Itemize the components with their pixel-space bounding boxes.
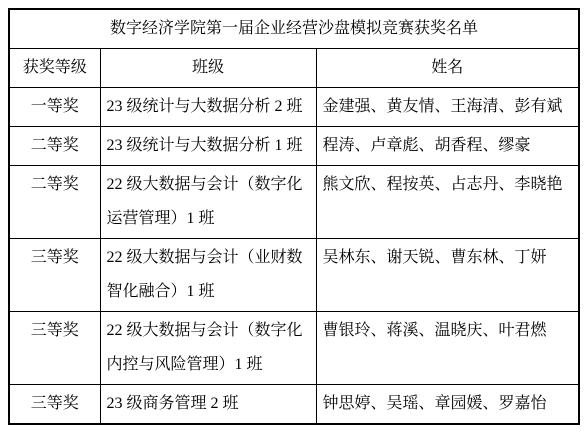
names-cell: 钟思婷、吴瑶、章园媛、罗嘉怡 [316,385,579,425]
names-cell: 程涛、卢章彪、胡香程、缪豪 [316,127,579,166]
awards-table: 数字经济学院第一届企业经营沙盘模拟竞赛获奖名单 获奖等级 班级 姓名 一等奖23… [8,8,580,425]
class-cell: 23 级统计与大数据分析 2 班 [100,88,316,127]
class-cell: 23 级统计与大数据分析 1 班 [100,127,316,166]
column-header-award: 获奖等级 [9,49,100,88]
names-cell: 吴林东、谢天锐、曹东林、丁妍 [316,239,579,312]
table-body: 一等奖23 级统计与大数据分析 2 班金建强、黄友情、王海清、彭有斌二等奖23 … [9,88,579,425]
award-cell: 三等奖 [9,312,100,385]
table-row: 一等奖23 级统计与大数据分析 2 班金建强、黄友情、王海清、彭有斌 [9,88,579,127]
names-cell: 曹银玲、蒋溪、温晓庆、叶君燃 [316,312,579,385]
header-row: 获奖等级 班级 姓名 [9,49,579,88]
award-cell: 三等奖 [9,385,100,425]
award-cell: 二等奖 [9,127,100,166]
table-row: 二等奖23 级统计与大数据分析 1 班程涛、卢章彪、胡香程、缪豪 [9,127,579,166]
award-cell: 三等奖 [9,239,100,312]
class-cell: 22 级大数据与会计（数字化 内控与风险管理）1 班 [100,312,316,385]
column-header-class: 班级 [100,49,316,88]
names-cell: 金建强、黄友情、王海清、彭有斌 [316,88,579,127]
table-row: 三等奖22 级大数据与会计（数字化 内控与风险管理）1 班曹银玲、蒋溪、温晓庆、… [9,312,579,385]
award-cell: 二等奖 [9,166,100,239]
names-cell: 熊文欣、程按英、占志丹、李晓艳 [316,166,579,239]
document-page: 数字经济学院第一届企业经营沙盘模拟竞赛获奖名单 获奖等级 班级 姓名 一等奖23… [0,0,587,432]
table-row: 二等奖22 级大数据与会计（数字化 运营管理）1 班熊文欣、程按英、占志丹、李晓… [9,166,579,239]
award-cell: 一等奖 [9,88,100,127]
class-cell: 22 级大数据与会计（数字化 运营管理）1 班 [100,166,316,239]
table-row: 三等奖22 级大数据与会计（业财数 智化融合）1 班吴林东、谢天锐、曹东林、丁妍 [9,239,579,312]
class-cell: 23 级商务管理 2 班 [100,385,316,425]
title-row: 数字经济学院第一届企业经营沙盘模拟竞赛获奖名单 [9,9,579,49]
class-cell: 22 级大数据与会计（业财数 智化融合）1 班 [100,239,316,312]
table-row: 三等奖23 级商务管理 2 班钟思婷、吴瑶、章园媛、罗嘉怡 [9,385,579,425]
column-header-names: 姓名 [316,49,579,88]
table-title: 数字经济学院第一届企业经营沙盘模拟竞赛获奖名单 [9,9,579,49]
